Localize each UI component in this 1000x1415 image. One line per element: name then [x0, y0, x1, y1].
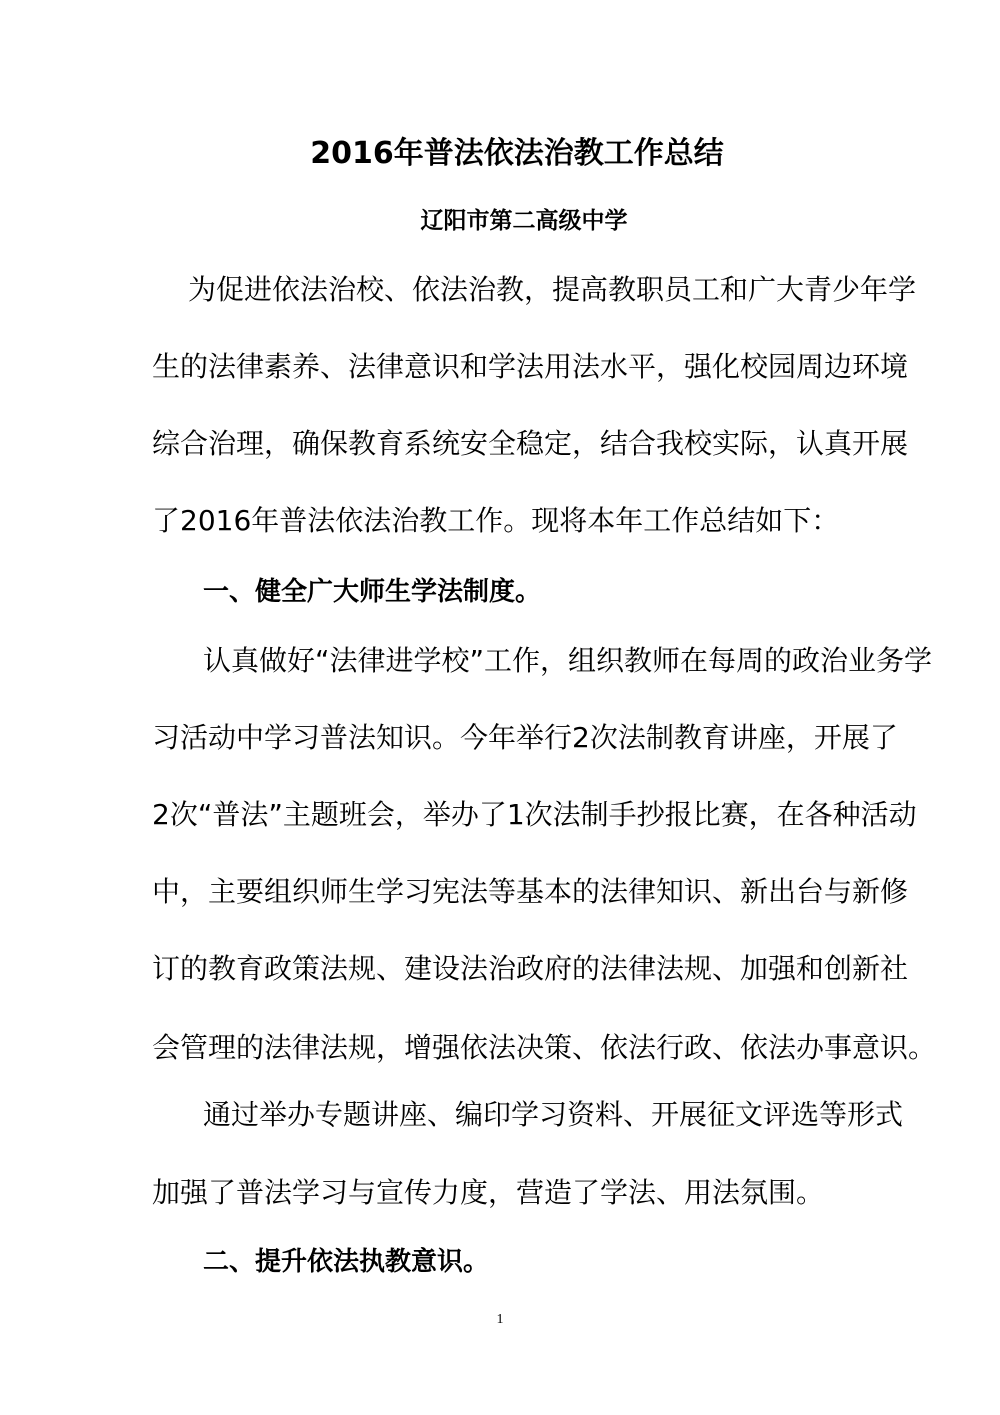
section-heading: 一、健全广大师生学法制度。: [203, 574, 846, 610]
paragraph-line: 通过举办专题讲座、编印学习资料、开展征文评选等形式: [203, 1097, 846, 1133]
paragraph-line: 2次“普法”主题班会，举办了1次法制手抄报比赛，在各种活动: [152, 797, 846, 833]
section-heading: 二、提升依法执教意识。: [203, 1244, 846, 1280]
paragraph-line: 了2016年普法依法治教工作。现将本年工作总结如下：: [152, 503, 846, 539]
paragraph-line: 加强了普法学习与宣传力度，营造了学法、用法氛围。: [152, 1175, 846, 1211]
paragraph-line: 综合治理，确保教育系统安全稳定，结合我校实际，认真开展: [152, 426, 846, 462]
paragraph-line: 会管理的法律法规，增强依法决策、依法行政、依法办事意识。: [152, 1030, 846, 1066]
paragraph-line: 生的法律素养、法律意识和学法用法水平，强化校园周边环境: [152, 349, 846, 385]
paragraph-line: 认真做好“法律进学校”工作，组织教师在每周的政治业务学: [203, 643, 846, 679]
page-number: 1: [0, 1312, 1000, 1328]
paragraph-line: 中，主要组织师生学习宪法等基本的法律知识、新出台与新修: [152, 874, 846, 910]
paragraph-line: 习活动中学习普法知识。今年举行2次法制教育讲座，开展了: [152, 720, 846, 756]
document-subtitle: 辽阳市第二高级中学: [0, 203, 1000, 239]
document-title: 2016年普法依法治教工作总结: [0, 136, 1000, 172]
document-page: 2016年普法依法治教工作总结 辽阳市第二高级中学 为促进依法治校、依法治教，提…: [0, 0, 1000, 1415]
paragraph-line: 订的教育政策法规、建设法治政府的法律法规、加强和创新社: [152, 951, 846, 987]
paragraph-line: 为促进依法治校、依法治教，提高教职员工和广大青少年学: [188, 272, 846, 308]
